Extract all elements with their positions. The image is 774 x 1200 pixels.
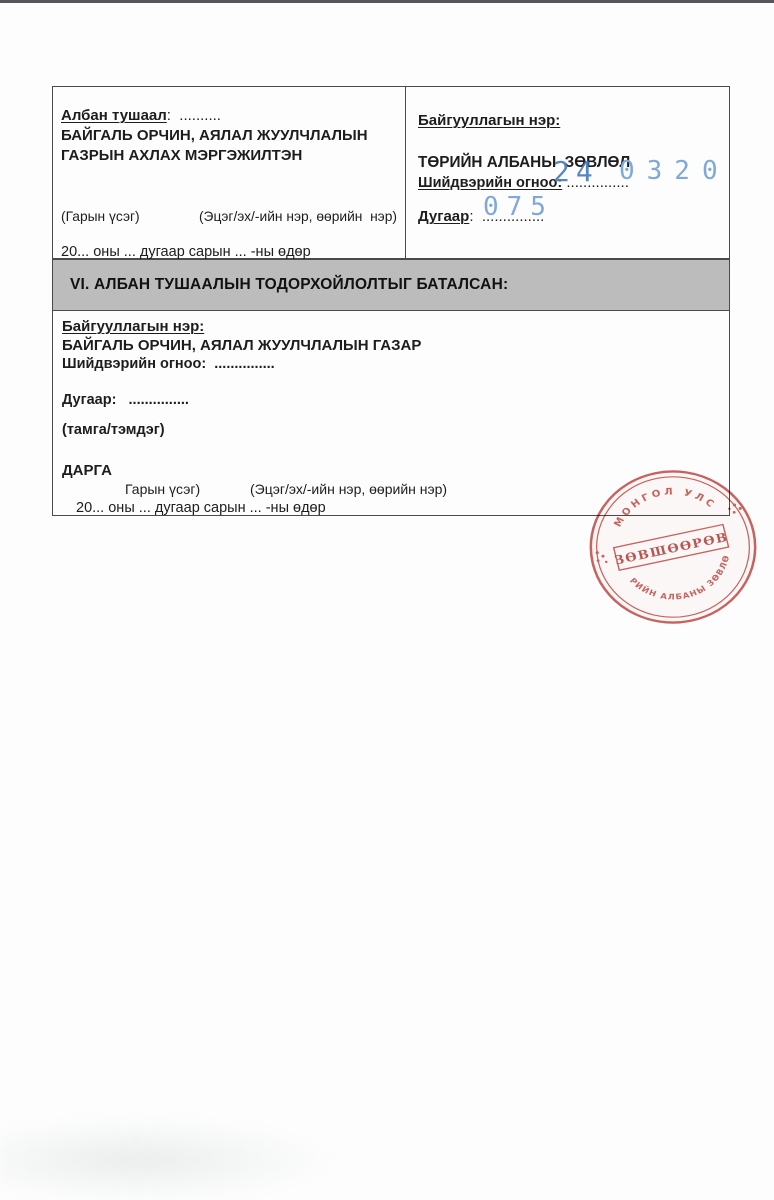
org-label: Байгууллагын нэр: (418, 111, 719, 131)
scanned-document: { "colors": { "border": "#4a4a4a", "band… (0, 0, 774, 1200)
stamped-day-number: 24 (553, 155, 599, 188)
approver-decision-date-line: Шийдвэрийн огноо: ............... (62, 355, 720, 374)
section-header-title: VI. АЛБАН ТУШААЛЫН ТОДОРХОЙЛОЛТЫГ БАТАЛС… (70, 276, 508, 294)
name-label: (Эцэг/эх/-ийн нэр, өөрийн нэр) (199, 207, 397, 227)
approver-org-name: БАЙГАЛЬ ОРЧИН, АЯЛАЛ ЖУУЛЧЛАЛЫН ГАЗАР (62, 336, 720, 355)
signature-label: (Гарын үсэг) (61, 207, 140, 227)
scan-smudge (0, 1115, 340, 1200)
position-cell: Албан тушаал: .......... БАЙГАЛЬ ОРЧИН, … (53, 87, 406, 258)
position-line: Албан тушаал: .......... (61, 106, 397, 126)
approver-name-label: (Эцэг/эх/-ийн нэр, өөрийн нэр) (250, 481, 447, 497)
doc-number-label: Дугаар (418, 208, 469, 225)
approval-stamp: МОНГОЛ УЛС ТӨРИЙН АЛБАНЫ ЗӨВЛӨЛ ЗӨВШӨӨРӨ… (586, 467, 760, 627)
position-label: Албан тушаал (61, 107, 167, 124)
approver-signature-label: Гарын үсэг) (125, 481, 200, 497)
doc-number-line: Дугаар: ............... (418, 207, 719, 227)
decision-date-label: Шийдвэрийн огноо: (418, 175, 562, 191)
signature-row: (Гарын үсэг) (Эцэг/эх/-ийн нэр, өөрийн н… (61, 207, 397, 227)
approver-doc-number-line: Дугаар: ............... (62, 391, 720, 410)
position-org-line1: БАЙГАЛЬ ОРЧИН, АЯЛАЛ ЖУУЛЧЛАЛЫН (61, 126, 397, 146)
position-dots: : .......... (167, 107, 221, 124)
stamped-date-number: 0320 (619, 156, 730, 186)
approver-org-label: Байгууллагын нэр: (62, 317, 720, 336)
stamped-doc-number: 075 (483, 192, 554, 222)
scan-edge-line (0, 0, 774, 3)
position-org-line2: ГАЗРЫН АХЛАХ МЭРГЭЖИЛТЭН (61, 146, 397, 166)
section-header-band: VI. АЛБАН ТУШААЛЫН ТОДОРХОЙЛОЛТЫГ БАТАЛС… (52, 259, 730, 311)
seal-placeholder-note: (тамга/тэмдэг) (62, 421, 720, 440)
